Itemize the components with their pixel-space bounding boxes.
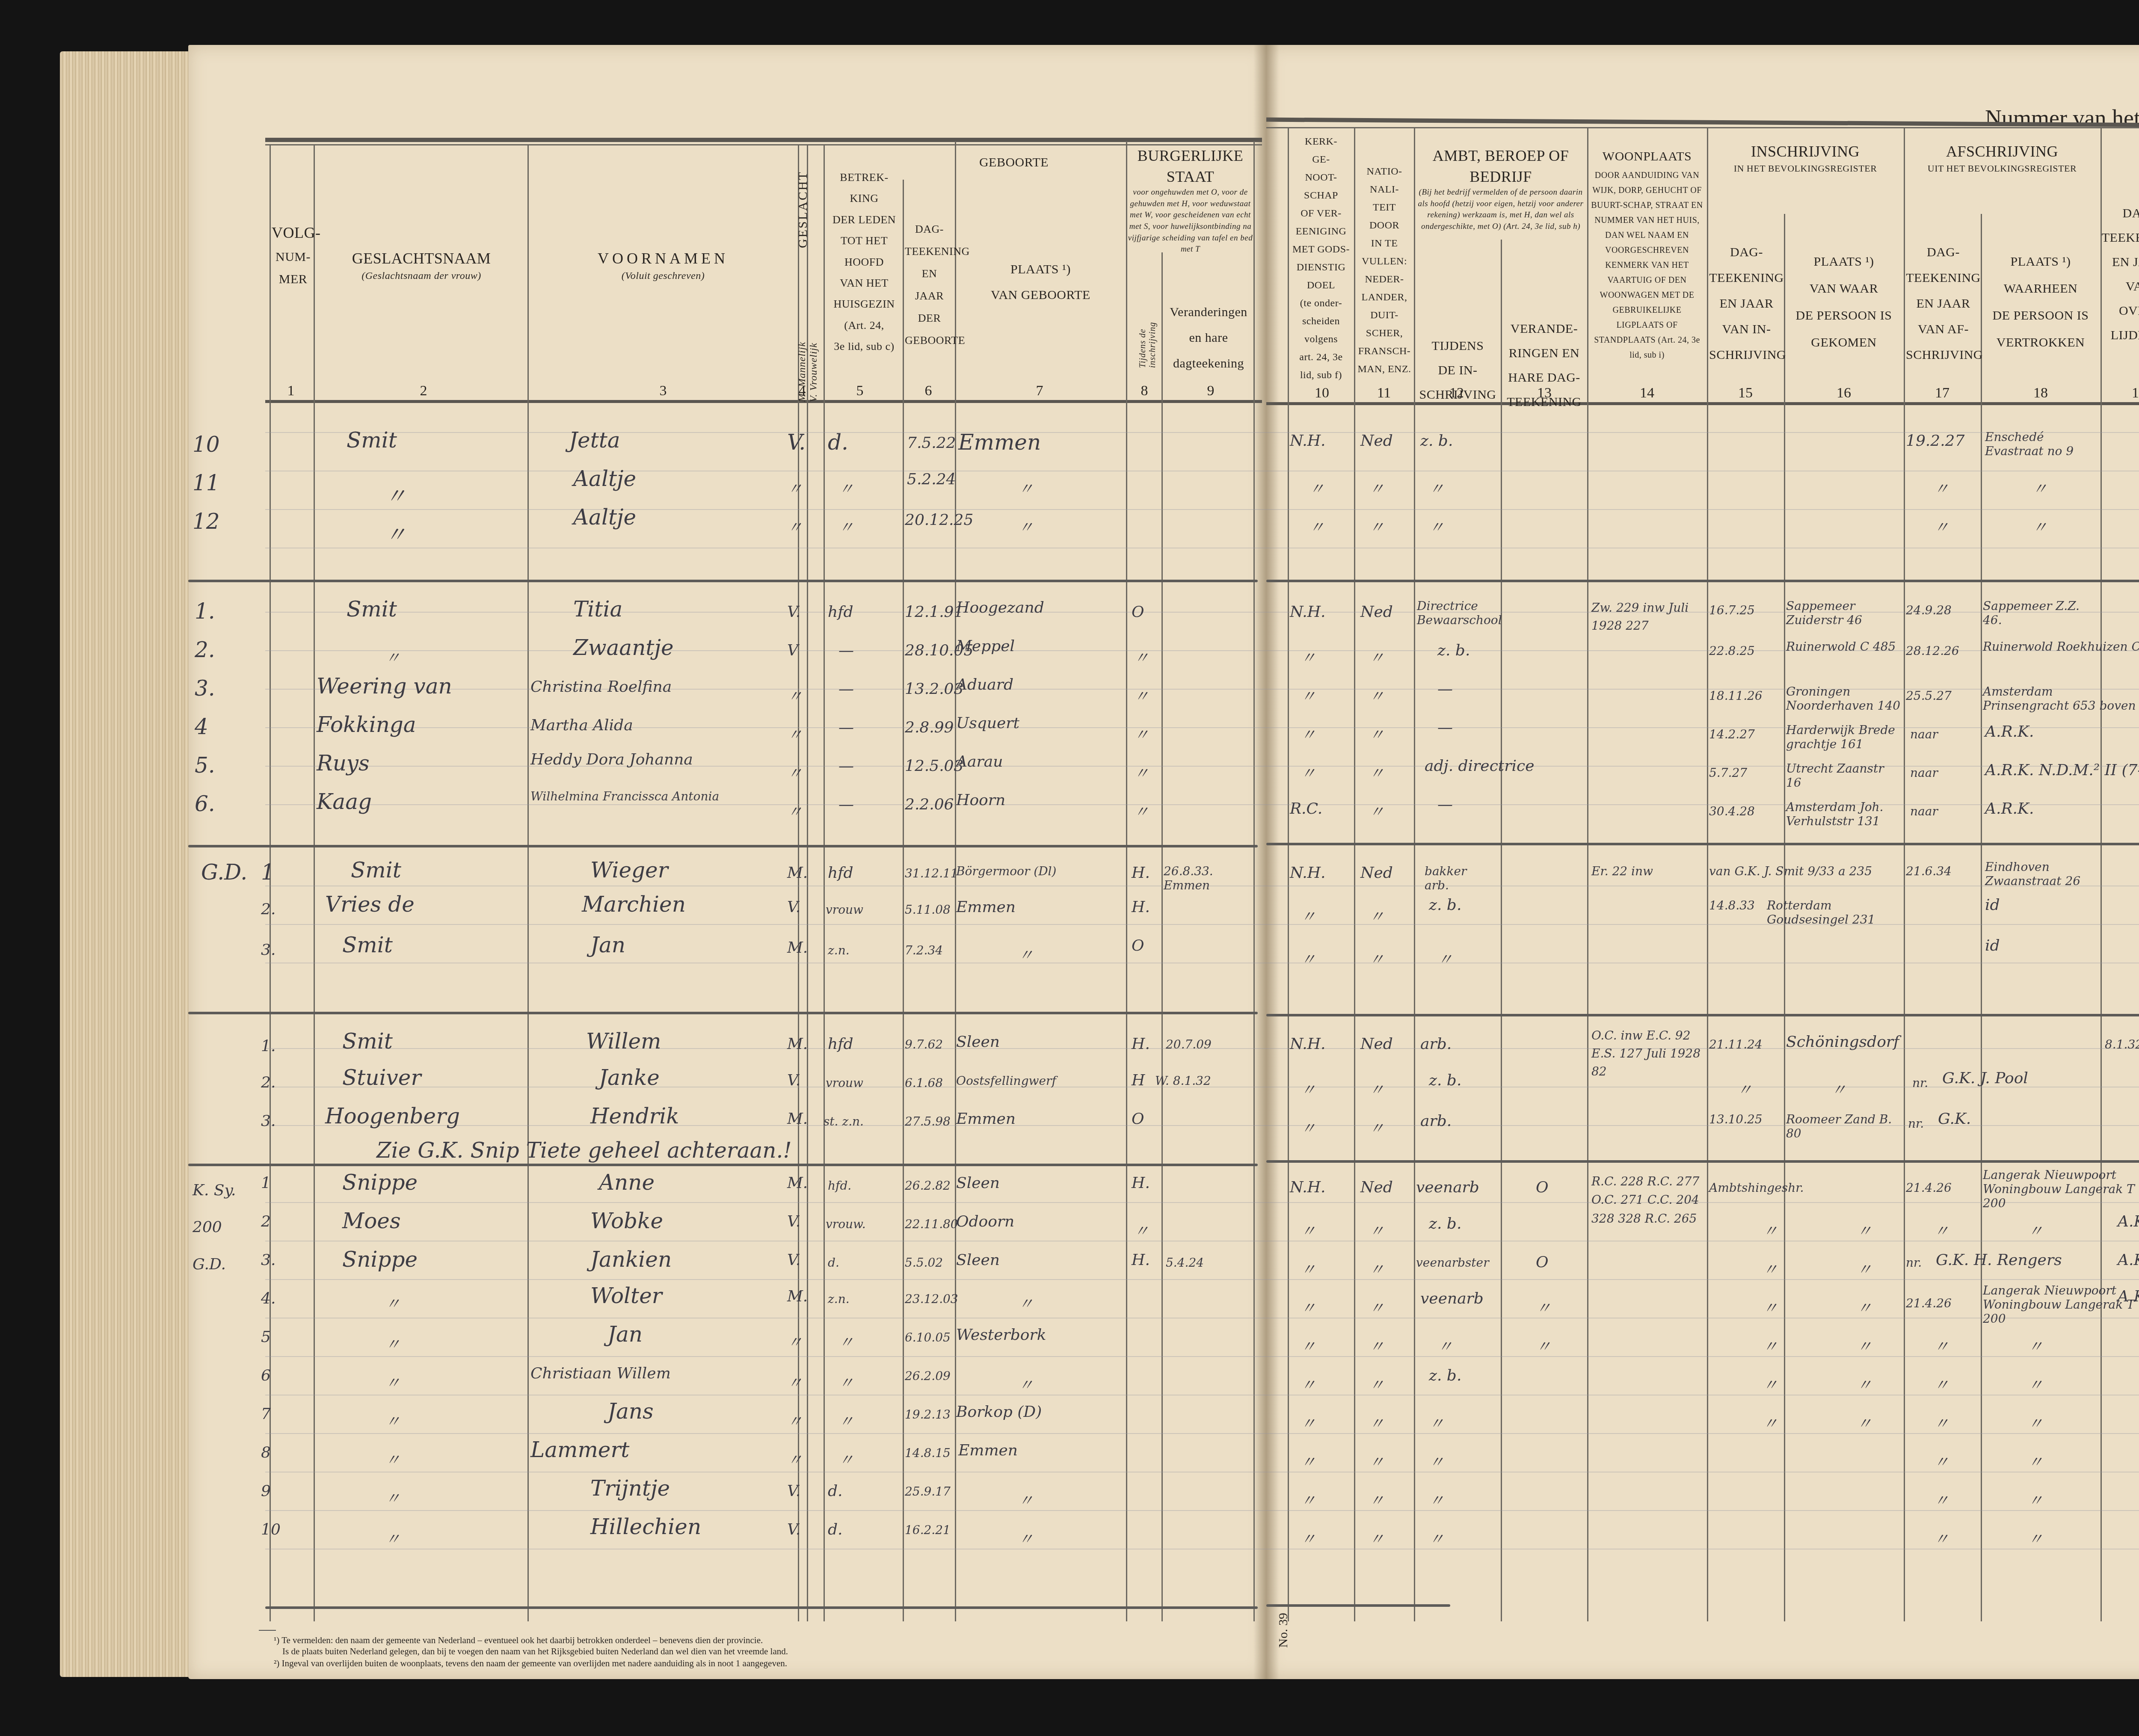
burgerlijke-staat: O	[1132, 1110, 1144, 1128]
burgerlijke-staat: 〃	[1134, 684, 1149, 706]
burgerlijke-staat: 〃	[1134, 723, 1149, 745]
hdr-col-10: KERK-GE-NOOT-SCHAPOF VER-EENIGINGMET GOD…	[1289, 133, 1354, 384]
voornamen: Jans	[607, 1399, 654, 1424]
afschrijving-plaats: Eindhoven Zwaanstraat 26	[1985, 860, 2100, 888]
margin-annotation: K. Sy. 200 G.D.	[193, 1172, 257, 1283]
afschrijving-datum: 〃	[1934, 1373, 1949, 1395]
ruled-line	[265, 509, 2139, 510]
col-line-r8	[1981, 214, 1982, 1621]
geboortedatum: 14.8.15	[905, 1446, 951, 1460]
volgnummer: 5.	[195, 753, 215, 778]
geslachtsnaam: Smit	[342, 1029, 393, 1054]
geslachtsnaam: 〃	[385, 1333, 400, 1354]
header-top-thin-rule-right	[1266, 127, 2139, 128]
beroep: 〃	[1429, 515, 1444, 537]
hdr-col-17: DAG-TEEKENINGEN JAARVAN AF-SCHRIJVING	[1906, 240, 1981, 368]
volgnummer: 1.	[261, 1037, 276, 1055]
household-divider	[188, 845, 1258, 847]
hdr-col-11: NATIO-NALI-TEITDOORIN TEVULLEN:NEDER-LAN…	[1355, 163, 1414, 378]
inschrijving-datum: 〃	[1763, 1373, 1778, 1395]
hdr-col-4: GESLACHT	[796, 163, 810, 248]
kerkgenootschap: 〃	[1301, 1527, 1316, 1549]
geslachtsnaam: Smit	[347, 597, 397, 622]
header-bottom-rule-left	[265, 400, 1262, 403]
voornamen: Christina Roelfina	[530, 678, 672, 696]
geslacht: M.	[787, 864, 808, 882]
beroep-verandering: 〃	[1536, 1335, 1551, 1357]
geslacht: 〃	[787, 761, 803, 783]
volgnummer: 6	[261, 1367, 271, 1384]
volgnummer: 5	[261, 1328, 271, 1346]
table-bottom-rule	[265, 1606, 1258, 1609]
betrekking: vrouw.	[826, 1217, 866, 1231]
betrekking: 〃	[838, 515, 854, 537]
geboortedatum: 22.11.80	[905, 1217, 958, 1231]
woonplaats: Zw. 229 inw Juli 1928 227	[1591, 599, 1703, 635]
geslachtsnaam: Hoogenberg	[325, 1104, 460, 1129]
afschrijving-datum: naar	[1910, 766, 1938, 780]
beroep: 〃	[1429, 1489, 1444, 1511]
kerkgenootschap: 〃	[1301, 905, 1316, 927]
afschrijving-plaats: Enschedé Evastraat no 9	[1985, 430, 2096, 458]
kerkgenootschap: 〃	[1301, 1412, 1316, 1434]
inschrijving-datum: 〃	[1763, 1258, 1778, 1280]
colnum-10: 10	[1309, 385, 1335, 401]
betrekking: 〃	[838, 1410, 854, 1431]
hdr-afschrijving: AFSCHRIJVINGUIT HET BEVOLKINGSREGISTER	[1905, 141, 2100, 175]
beroep: z. b.	[1429, 1072, 1461, 1089]
geslachtsnaam: 〃	[385, 479, 406, 510]
burgerlijke-staat: H.	[1132, 1035, 1150, 1053]
afschrijving-plaats: A.R.K.	[1985, 723, 2034, 741]
hdr-col-16: PLAATS ¹)VAN WAARDE PERSOON ISGEKOMEN	[1785, 248, 1903, 356]
nationaliteit: Ned	[1360, 1035, 1393, 1053]
geslachtsnaam: 〃	[385, 1448, 400, 1470]
voornamen: Aaltje	[573, 505, 636, 530]
book-gutter	[1253, 45, 1279, 1679]
geslacht: M.	[787, 1110, 808, 1128]
volgnummer: 2	[261, 1213, 271, 1230]
nationaliteit: 〃	[1369, 1450, 1384, 1472]
volgnummer: 2.	[261, 1074, 276, 1091]
afschrijving-plaats: 〃	[2028, 1219, 2043, 1241]
volgnummer: 1.	[195, 599, 215, 624]
afschrijving-datum: 〃	[1934, 1527, 1949, 1549]
inschrijving-plaats: Harderwijk Brede grachtje 161	[1786, 723, 1902, 751]
woonplaats: R.C. 228 R.C. 277 O.C. 271 C.C. 204 328 …	[1591, 1172, 1703, 1228]
geboorteplaats: 〃	[1018, 1527, 1034, 1549]
household-divider	[1266, 580, 2139, 582]
colnum-12: 12	[1444, 385, 1469, 401]
geboorteplaats: Emmen	[958, 1442, 1018, 1459]
betrekking: hfd.	[828, 1179, 851, 1193]
betrekking: d.	[828, 1482, 843, 1500]
beroep: veenarbster	[1416, 1256, 1489, 1270]
volgnummer: 12	[193, 509, 220, 534]
kerkgenootschap: 〃	[1301, 1078, 1316, 1100]
voornamen: Anne	[599, 1170, 655, 1195]
betrekking: hfd	[828, 864, 853, 882]
burgerlijke-staat-verandering: 26.8.33. Emmen	[1164, 864, 1249, 892]
voornamen: Aaltje	[573, 466, 636, 491]
beroep: —	[1437, 796, 1453, 813]
nationaliteit: 〃	[1369, 1117, 1384, 1138]
voornamen: Lammert	[530, 1437, 629, 1462]
colnum-1: 1	[278, 383, 304, 399]
overlijden: A.K.	[2118, 1288, 2139, 1305]
hdr-col-2: GESLACHTSNAAM(Geslachtsnaam der vrouw)	[314, 248, 528, 283]
inschrijving-datum: 〃	[1737, 1078, 1752, 1100]
kerkgenootschap: N.H.	[1290, 603, 1325, 621]
voornamen: Christiaan Willem	[530, 1365, 671, 1382]
colnum-3: 3	[650, 383, 676, 399]
voornamen: Jetta	[569, 428, 620, 453]
afschrijving-datum: 〃	[1934, 1450, 1949, 1472]
geboorteplaats: Odoorn	[956, 1213, 1014, 1230]
hdr-geboorte: GEBOORTE	[903, 154, 1125, 172]
household-divider	[1266, 843, 2139, 845]
geboorteplaats: Sleen	[956, 1033, 1000, 1051]
burgerlijke-staat: H	[1132, 1072, 1145, 1089]
col-line-8	[1126, 141, 1127, 1621]
volgnummer: 6.	[195, 791, 215, 816]
geboortedatum: 13.2.03	[905, 680, 963, 698]
afschrijving-plaats: id	[1985, 937, 2000, 954]
voornamen: Titia	[573, 597, 622, 622]
afschrijving-plaats: 〃	[2028, 1450, 2043, 1472]
geboorteplaats: Aduard	[956, 676, 1013, 693]
geboorteplaats: 〃	[1018, 515, 1034, 537]
beroep: —	[1437, 719, 1453, 736]
geslacht: V.	[787, 430, 806, 455]
geslachtsnaam: Smit	[342, 933, 393, 957]
geboortedatum: 7.5.22	[907, 434, 956, 452]
afschrijving-plaats: Ruinerwold Roekhuizen C 485	[1983, 640, 2139, 654]
betrekking: hfd	[828, 1035, 853, 1053]
volgnummer: 3.	[261, 941, 276, 959]
ruled-line	[265, 1202, 2139, 1203]
beroep: z. b.	[1429, 896, 1461, 914]
geboortedatum: 31.12.11	[905, 866, 958, 880]
ruled-line	[265, 1549, 2139, 1549]
hdr-col-6: DAG-TEEKENINGENJAARDERGEBOORTE	[905, 218, 954, 352]
geslacht: 〃	[787, 515, 803, 537]
volgnummer: 1	[261, 1174, 271, 1192]
col-line-6	[903, 180, 904, 1621]
geslachtsnaam: Vries de	[325, 892, 415, 917]
afschrijving-plaats: 〃	[2028, 1373, 2043, 1395]
geboortedatum: 19.2.13	[905, 1407, 951, 1422]
afschrijving-plaats: Langerak Nieuwpoort Woningbouw Langerak …	[1983, 1168, 2139, 1210]
nationaliteit: 〃	[1369, 1078, 1384, 1100]
kerkgenootschap: N.H.	[1290, 1035, 1325, 1053]
kerkgenootschap: 〃	[1301, 1489, 1316, 1511]
afschrijving-plaats: 〃	[2028, 1489, 2043, 1511]
hdr-col-15: DAG-TEEKENINGEN JAARVAN IN-SCHRIJVING	[1709, 240, 1784, 368]
geboorteplaats: Sleen	[956, 1174, 1000, 1192]
afschrijving-plaats: A.R.K.	[1985, 800, 2034, 818]
afschrijving-plaats: 〃	[2032, 477, 2047, 499]
header-top-thin-rule-left	[265, 144, 1262, 145]
geslachtsnaam: Smit	[351, 858, 401, 883]
afschrijving-plaats: 〃	[2028, 1527, 2043, 1549]
geslachtsnaam: 〃	[385, 1487, 400, 1508]
page-number: No. 39	[1276, 1613, 1291, 1648]
kerkgenootschap: 〃	[1301, 1373, 1316, 1395]
geboorteplaats: 〃	[1018, 943, 1034, 965]
margin-annotation: G.D.	[201, 860, 247, 885]
kerkgenootschap: 〃	[1301, 1296, 1316, 1318]
betrekking: st. z.n.	[824, 1114, 864, 1129]
beroep: adj. directrice	[1425, 757, 1534, 775]
col-line-r2	[1414, 128, 1415, 1621]
beroep: bakker arb.	[1425, 864, 1493, 892]
beroep: —	[1437, 680, 1453, 698]
betrekking: 〃	[838, 1371, 854, 1393]
inschrijving-datum: 16.7.25	[1709, 603, 1755, 617]
geslachtsnaam: Snippe	[342, 1170, 418, 1195]
nationaliteit: Ned	[1360, 864, 1393, 882]
volgnummer: 8	[261, 1444, 271, 1461]
nationaliteit: 〃	[1369, 477, 1384, 499]
beroep: veenarb	[1420, 1290, 1484, 1307]
geboortedatum: 5.5.02	[905, 1256, 943, 1270]
table-bottom-rule	[1266, 1604, 1450, 1607]
geboorteplaats: 〃	[1018, 477, 1034, 499]
beroep: z. b.	[1429, 1215, 1461, 1232]
voornamen: Marchien	[582, 892, 686, 917]
geslachtsnaam: 〃	[385, 646, 400, 668]
geslacht: M.	[787, 939, 808, 957]
geslacht: V.	[787, 1072, 800, 1089]
kerkgenootschap: 〃	[1301, 1258, 1316, 1280]
voornamen: Hillechien	[590, 1514, 701, 1539]
voornamen: Jankien	[590, 1247, 672, 1272]
geboorteplaats: Emmen	[958, 430, 1041, 455]
afschrijving-datum: nr.	[1908, 1117, 1924, 1131]
betrekking: 〃	[838, 1448, 854, 1470]
burgerlijke-staat: H.	[1132, 1251, 1150, 1269]
geslacht: 〃	[787, 1330, 803, 1352]
geslachtsnaam: Moes	[342, 1209, 401, 1233]
betrekking: z.n.	[828, 1292, 850, 1306]
afschrijving-datum: 28.12.26	[1906, 644, 1959, 658]
afschrijving-datum: nr.	[1906, 1256, 1922, 1270]
kerkgenootschap: 〃	[1301, 1450, 1316, 1472]
household-divider	[188, 1012, 1258, 1014]
nationaliteit: 〃	[1369, 646, 1384, 668]
nationaliteit: Ned	[1360, 432, 1393, 450]
geslachtsnaam: Snippe	[342, 1247, 418, 1272]
colnum-19: 19	[2126, 385, 2139, 401]
nationaliteit: 〃	[1369, 948, 1384, 969]
beroep: Directrice Bewaarschool	[1417, 599, 1500, 627]
inschrijving-datum: 18.11.26	[1709, 689, 1763, 703]
volgnummer: 3.	[195, 676, 215, 701]
inschrijving-datum: 14.8.33	[1709, 898, 1755, 912]
burgerlijke-staat: 〃	[1134, 761, 1149, 783]
kerkgenootschap: 〃	[1301, 761, 1316, 783]
afschrijving-datum: 〃	[1934, 1335, 1949, 1357]
geslacht: 〃	[787, 684, 803, 706]
page-stack-edge	[60, 51, 197, 1677]
beroep: 〃	[1429, 1527, 1444, 1549]
geslachtsnaam: 〃	[385, 1292, 400, 1314]
beroep-verandering: 〃	[1536, 1296, 1551, 1318]
geboorteplaats: Emmen	[956, 898, 1016, 916]
inschrijving-plaats: 〃	[1857, 1335, 1872, 1357]
footnote-1: ¹) Te vermelden: den naam der gemeente v…	[274, 1635, 763, 1646]
nationaliteit: Ned	[1360, 603, 1393, 621]
geslacht: M.	[787, 1288, 808, 1305]
geboorteplaats: 〃	[1018, 1373, 1034, 1395]
beroep: 〃	[1437, 948, 1453, 969]
beroep: veenarb	[1416, 1179, 1479, 1196]
afschrijving-datum: 〃	[1934, 1489, 1949, 1511]
ruled-line	[265, 548, 2139, 548]
geslachtsnaam: Weering van	[317, 674, 452, 699]
volgnummer: 4	[195, 714, 208, 739]
afschrijving-datum: nr.	[1912, 1076, 1928, 1090]
betrekking: d.	[828, 1256, 839, 1270]
colnum-13: 13	[1532, 385, 1557, 401]
betrekking: d.	[828, 430, 848, 455]
geslacht: 〃	[787, 800, 803, 822]
inschrijving-datum: 〃	[1763, 1296, 1778, 1318]
colnum-17: 17	[1929, 385, 1955, 401]
geboortedatum: 23.12.03	[905, 1292, 958, 1306]
kerkgenootschap: N.H.	[1290, 864, 1325, 882]
hdr-col-3: VOORNAMEN(Voluit geschreven)	[528, 248, 798, 283]
overlijden: A.K.	[2118, 1251, 2139, 1269]
afschrijving-plaats: G.K. H. Rengers	[1936, 1251, 2062, 1269]
volgnummer: 10	[261, 1521, 281, 1538]
inschrijving-plaats: 〃	[1857, 1373, 1872, 1395]
geboortedatum: 25.9.17	[905, 1484, 951, 1499]
header-bottom-rule-right	[1266, 402, 2139, 405]
afschrijving-plaats: id	[1985, 896, 2000, 914]
ruled-line	[265, 1510, 2139, 1511]
geboorteplaats: Hoogezand	[956, 599, 1044, 616]
betrekking: hfd	[828, 603, 853, 621]
woonplaats: O.C. inw E.C. 92 E.S. 127 Juli 1928 82	[1591, 1027, 1703, 1081]
geboortedatum: 6.1.68	[905, 1076, 943, 1090]
geslacht: 〃	[787, 1371, 803, 1393]
afschrijving-datum: 〃	[1934, 477, 1949, 499]
geslacht: V.	[787, 603, 800, 621]
beroep: z. b.	[1437, 642, 1470, 659]
beroep: 〃	[1429, 1412, 1444, 1434]
kerkgenootschap: 〃	[1301, 948, 1316, 969]
inschrijving-plaats: Roomeer Zand B. 80	[1786, 1112, 1902, 1141]
nationa: 〃	[1369, 1258, 1384, 1280]
afschrijving-datum: 25.5.27	[1906, 689, 1952, 703]
geslacht: V.	[787, 1213, 800, 1230]
geslacht: 〃	[787, 1410, 803, 1431]
volgnummer: 7	[261, 1405, 271, 1423]
overlijden-datum: 8.1.32	[2105, 1037, 2139, 1052]
col-line-r9	[2100, 128, 2102, 1621]
geboortedatum: 5.11.08	[905, 903, 951, 917]
kerkgenootschap: 〃	[1301, 1117, 1316, 1138]
burgerlijke-staat: 〃	[1134, 646, 1149, 668]
voornamen: Trijntje	[590, 1476, 670, 1501]
kerkgenootschap: N.H.	[1290, 432, 1325, 450]
geslachtsnaam: Stuiver	[342, 1065, 421, 1090]
hdr-col-7: PLAATS ¹)VAN GEBOORTE	[956, 257, 1125, 308]
geslachtsnaam: Kaag	[317, 789, 372, 814]
hdr-col-9: Veranderingenen haredagteekening	[1164, 299, 1253, 376]
afschrijving-datum: naar	[1910, 804, 1938, 818]
geboortedatum: 16.2.21	[905, 1523, 951, 1537]
kerkgenootschap: 〃	[1301, 684, 1316, 706]
inschrijving-plaats: 〃	[1857, 1296, 1872, 1318]
volgnummer: 2.	[261, 901, 276, 918]
burgerlijke-staat: 〃	[1134, 1219, 1149, 1241]
hdr-ambt: AMBT, BEROEP OF BEDRIJF(Bij het bedrijf …	[1415, 145, 1586, 233]
ruled-line	[265, 963, 2139, 963]
kerkgenootschap: R.C.	[1290, 800, 1322, 818]
inschrijving-plaats: 〃	[1857, 1258, 1872, 1280]
geslacht: V.	[787, 1482, 800, 1500]
burgerlijke-staat: H.	[1132, 864, 1150, 882]
colnum-5: 5	[847, 383, 873, 399]
inschrijving-datum: 〃	[1763, 1219, 1778, 1241]
ruled-line	[265, 1472, 2139, 1472]
geboorteplaats: Usquert	[956, 714, 1019, 732]
beroep-verandering: O	[1536, 1179, 1549, 1196]
afschrijving-datum: naar	[1910, 727, 1938, 741]
voornamen: Janke	[599, 1065, 660, 1090]
col-line-1	[314, 145, 315, 1621]
nationaliteit: 〃	[1369, 1527, 1384, 1549]
inschrijving-plaats: Ruinerwold C 485	[1786, 640, 1902, 654]
geboorteplaats: Westerbork	[956, 1326, 1046, 1344]
afschrijving-datum: 〃	[1934, 1219, 1949, 1241]
beroep: z. b.	[1429, 1367, 1461, 1384]
ruled-line	[265, 432, 2139, 433]
col-line-5	[824, 145, 825, 1621]
beroep-verandering: O	[1536, 1253, 1549, 1271]
col-line-2	[527, 145, 529, 1621]
colnum-14: 14	[1634, 385, 1660, 401]
geboorteplaats: Oostsfellingwerf	[956, 1074, 1056, 1088]
nationaliteit: 〃	[1369, 905, 1384, 927]
beroep: 〃	[1429, 477, 1444, 499]
geslachtsnaam: 〃	[385, 1527, 400, 1549]
afschrijving-datum: 19.2.27	[1906, 432, 1964, 450]
geslacht: V.	[787, 898, 800, 916]
kerkgenootschap: 〃	[1301, 1335, 1316, 1357]
betrekking: z.n.	[828, 943, 850, 957]
inschrijving-plaats: 〃	[1857, 1412, 1872, 1434]
geboortedatum: 26.2.82	[905, 1179, 951, 1193]
geboorteplaats: Börgermoor (Dl)	[956, 864, 1119, 878]
betrekking: —	[838, 680, 854, 698]
nationaliteit: Ned	[1360, 1179, 1393, 1196]
volgnummer: 3.	[261, 1112, 276, 1130]
footnote-2: ²) Ingeval van overlijden buiten de woon…	[274, 1658, 787, 1669]
colnum-9: 9	[1198, 383, 1224, 399]
beroep: arb.	[1420, 1112, 1452, 1130]
kerkgenootschap: N.H.	[1290, 1179, 1325, 1196]
inschrijving-plaats: Sappemeer Zuiderstr 46	[1786, 599, 1902, 627]
volgnummer: 2.	[195, 637, 215, 662]
geslachtsnaam: Ruys	[317, 751, 370, 776]
nationaliteit: 〃	[1369, 515, 1384, 537]
kerkgenootschap: 〃	[1301, 1219, 1316, 1241]
household-divider	[1266, 1014, 2139, 1016]
